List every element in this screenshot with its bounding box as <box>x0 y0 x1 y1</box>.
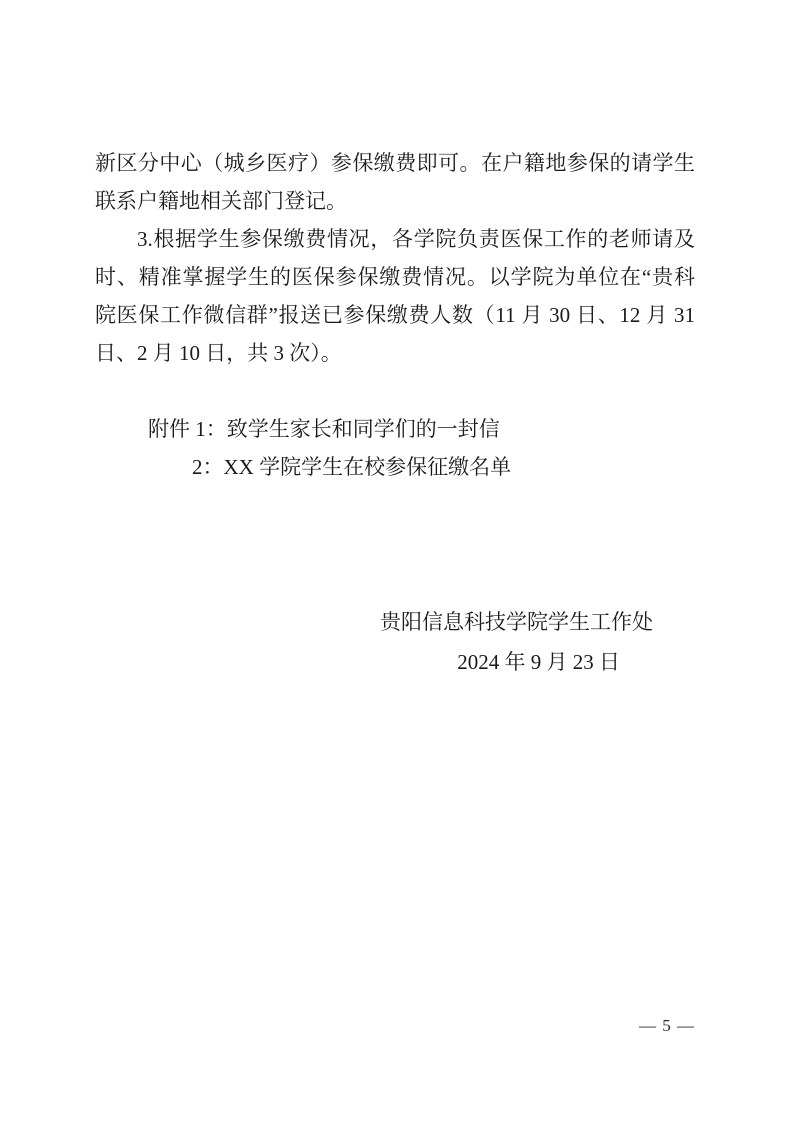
page-number: — 5 — <box>639 1016 695 1036</box>
signature-date: 2024 年 9 月 23 日 <box>95 642 695 682</box>
paragraph-continuation: 新区分中心（城乡医疗）参保缴费即可。在户籍地参保的请学生 联系户籍地相关部门登记… <box>95 144 695 220</box>
body-text-line: 时、精准掌握学生的医保参保缴费情况。以学院为单位在“贵科 <box>95 258 695 296</box>
signature-block: 贵阳信息科技学院学生工作处 2024 年 9 月 23 日 <box>95 602 695 682</box>
document-body: 新区分中心（城乡医疗）参保缴费即可。在户籍地参保的请学生 联系户籍地相关部门登记… <box>0 0 793 682</box>
document-page: 新区分中心（城乡医疗）参保缴费即可。在户籍地参保的请学生 联系户籍地相关部门登记… <box>0 0 793 1122</box>
paragraph-item-3: 3.根据学生参保缴费情况，各学院负责医保工作的老师请及 时、精准掌握学生的医保参… <box>95 220 695 372</box>
body-text-line: 院医保工作微信群”报送已参保缴费人数（11 月 30 日、12 月 31 <box>95 296 695 334</box>
attachments-list: 附件 1：致学生家长和同学们的一封信 2：XX 学院学生在校参保征缴名单 <box>95 410 695 486</box>
body-text-line: 3.根据学生参保缴费情况，各学院负责医保工作的老师请及 <box>95 220 695 258</box>
attachment-item-1: 附件 1：致学生家长和同学们的一封信 <box>95 410 695 448</box>
signature-organization: 贵阳信息科技学院学生工作处 <box>95 602 695 642</box>
attachment-item-2: 2：XX 学院学生在校参保征缴名单 <box>95 448 695 486</box>
body-text-line: 新区分中心（城乡医疗）参保缴费即可。在户籍地参保的请学生 <box>95 144 695 182</box>
body-text-line: 日、2 月 10 日，共 3 次）。 <box>95 334 695 372</box>
body-text-line: 联系户籍地相关部门登记。 <box>95 182 695 220</box>
